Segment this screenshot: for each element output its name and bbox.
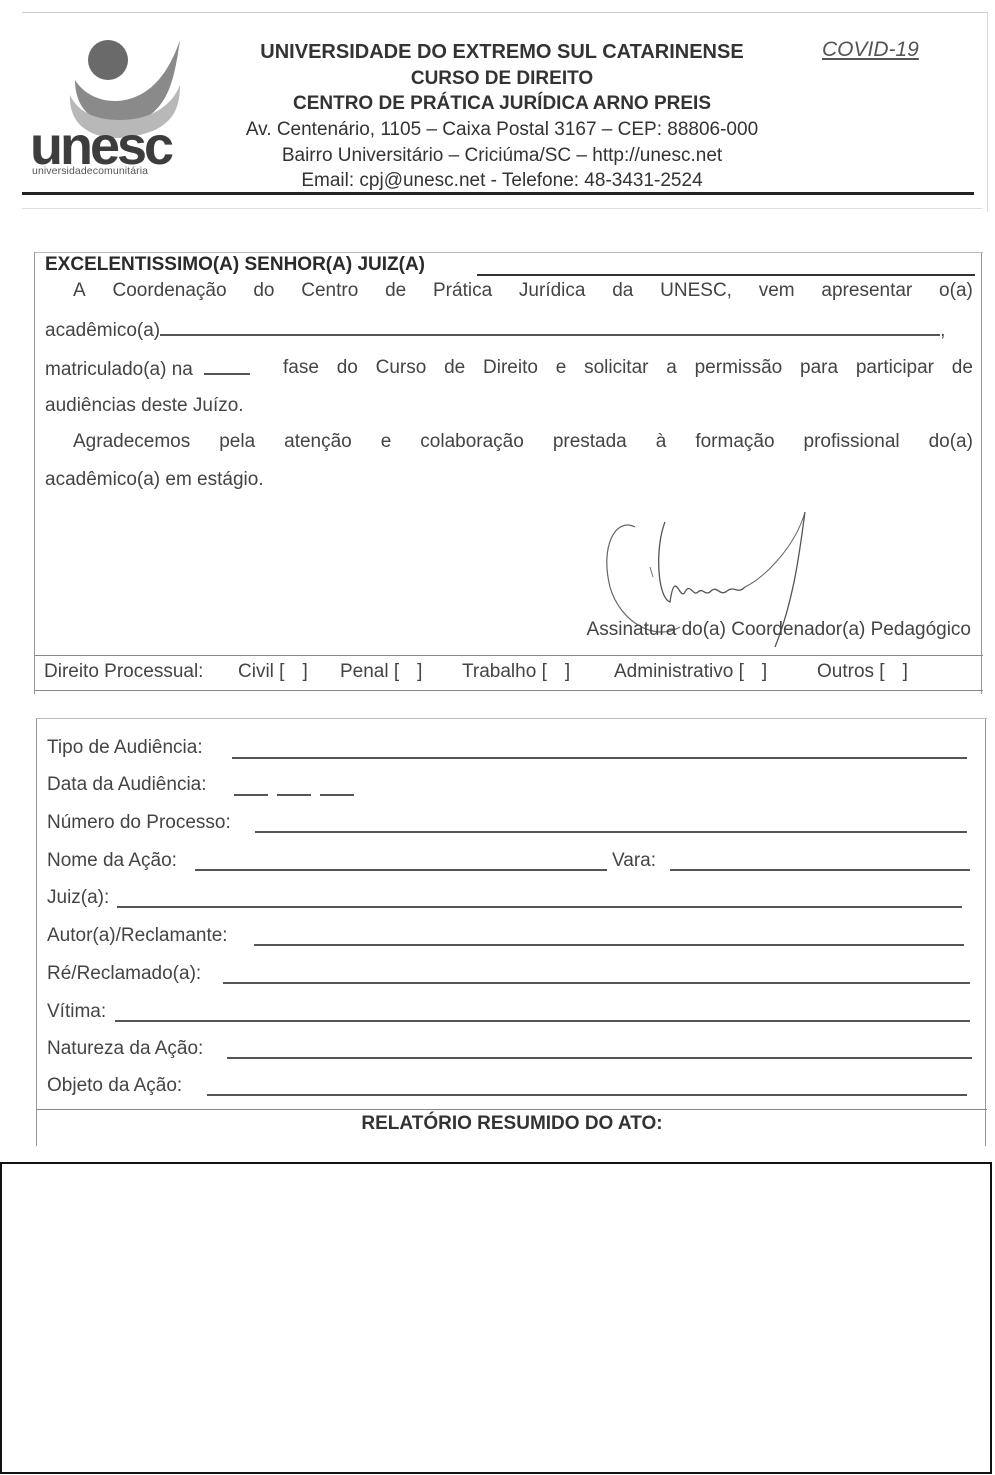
hearing-date-year-field[interactable] — [320, 794, 354, 796]
procedural-law-row: Direito Processual: Civil [] Penal [] Tr… — [35, 655, 983, 691]
comma: , — [940, 320, 945, 341]
header-top-border — [22, 12, 988, 13]
word: apresentar — [821, 280, 912, 302]
word: UNESC, — [660, 280, 732, 302]
word: solicitar — [584, 357, 648, 381]
defendant-label: Ré/Reclamado(a): — [47, 963, 201, 985]
word: vem — [759, 280, 795, 302]
report-textarea[interactable] — [0, 1162, 992, 1474]
header-divider-faint — [22, 208, 982, 209]
hearing-details: Tipo de Audiência: Data da Audiência: Nú… — [36, 718, 986, 1146]
student-name-field[interactable] — [160, 318, 940, 336]
word: A — [73, 280, 86, 302]
action-nature-label: Natureza da Ação: — [47, 1038, 203, 1060]
word: o(a) — [939, 280, 973, 302]
court-field[interactable] — [670, 869, 970, 871]
process-number-label: Número do Processo: — [47, 812, 231, 834]
judge-field[interactable] — [117, 906, 962, 908]
word: fase — [283, 357, 319, 381]
hearing-type-label: Tipo de Audiência: — [47, 737, 203, 759]
word: permissão — [695, 357, 783, 381]
word: Coordenação — [112, 280, 226, 302]
checkbox-civil[interactable]: Civil [] — [238, 661, 308, 683]
section-divider — [37, 1109, 987, 1110]
word: Centro — [301, 280, 358, 302]
word: formação — [695, 431, 774, 453]
word: pela — [219, 431, 255, 453]
letter-line-2: acadêmico(a), — [45, 318, 973, 342]
header-divider — [22, 192, 974, 195]
word: e — [556, 357, 567, 381]
victim-field[interactable] — [115, 1020, 970, 1022]
checkbox-trabalho[interactable]: Trabalho [] — [462, 661, 570, 683]
word: do — [337, 357, 358, 381]
action-name-label: Nome da Ação: — [47, 850, 177, 872]
word: Curso — [376, 357, 427, 381]
checkbox-administrativo[interactable]: Administrativo [] — [614, 661, 767, 683]
presentation-letter: EXCELENTISSIMO(A) SENHOR(A) JUIZ(A) ACoo… — [34, 252, 982, 694]
victim-label: Vítima: — [47, 1001, 106, 1023]
word: a — [666, 357, 677, 381]
word: de — [444, 357, 465, 381]
salutation: EXCELENTISSIMO(A) SENHOR(A) JUIZ(A) — [45, 254, 425, 276]
logo-subtitle: universidadecomunitária — [32, 165, 148, 177]
word: prestada — [553, 431, 627, 453]
center-name: CENTRO DE PRÁTICA JURÍDICA ARNO PREIS — [202, 93, 802, 115]
hearing-date-month-field[interactable] — [277, 794, 311, 796]
university-name: UNIVERSIDADE DO EXTREMO SUL CATARINENSE — [202, 41, 802, 64]
hearing-type-field[interactable] — [232, 757, 967, 759]
hearing-date-day-field[interactable] — [234, 794, 268, 796]
contact-info: Email: cpj@unesc.net - Telefone: 48-3431… — [202, 170, 802, 192]
letterhead: unesc universidadecomunitária UNIVERSIDA… — [22, 12, 988, 212]
address: Av. Centenário, 1105 – Caixa Postal 3167… — [202, 119, 802, 141]
word: de — [952, 357, 973, 381]
letter-line-3: matriculado(a) na fasedoCursodeDireitoes… — [45, 357, 973, 381]
word: atenção — [284, 431, 352, 453]
word: Agradecemos — [73, 431, 190, 453]
judge-label: Juiz(a): — [47, 887, 109, 909]
word: da — [612, 280, 633, 302]
word: Direito — [483, 357, 538, 381]
word: profissional — [804, 431, 900, 453]
letter-line-5: Agradecemospelaatençãoecolaboraçãopresta… — [45, 431, 973, 453]
checkbox-penal[interactable]: Penal [] — [340, 661, 422, 683]
word: para — [800, 357, 838, 381]
salutation-underline — [477, 274, 975, 276]
word: de — [385, 280, 406, 302]
checkbox-outros[interactable]: Outros [] — [817, 661, 908, 683]
phase-field[interactable] — [204, 357, 250, 375]
signature-caption: Assinatura do(a) Coordenador(a) Pedagógi… — [587, 619, 971, 641]
course-name: CURSO DE DIREITO — [202, 68, 802, 90]
enrolled-label: matriculado(a) na — [45, 359, 193, 380]
word: Prática — [433, 280, 492, 302]
hearing-date-label: Data da Audiência: — [47, 774, 207, 796]
word: participar — [856, 357, 934, 381]
word: à — [656, 431, 667, 453]
letter-line-4: audiências deste Juízo. — [45, 395, 973, 417]
section-top-border — [37, 718, 987, 719]
action-name-field[interactable] — [195, 869, 607, 871]
plaintiff-field[interactable] — [254, 944, 964, 946]
court-label: Vara: — [612, 850, 656, 872]
action-nature-field[interactable] — [227, 1057, 972, 1059]
covid-badge: COVID-19 — [822, 38, 919, 62]
letter-line-6: acadêmico(a) em estágio. — [45, 469, 973, 491]
word: do — [253, 280, 274, 302]
procedural-law-label: Direito Processual: — [44, 661, 203, 683]
letter-line-1: ACoordenaçãodoCentrodePráticaJurídicadaU… — [45, 280, 973, 302]
word: e — [381, 431, 392, 453]
letter-line-3-rest: fasedoCursodeDireitoesolicitarapermissão… — [283, 357, 973, 381]
defendant-field[interactable] — [223, 982, 970, 984]
word: colaboração — [420, 431, 524, 453]
student-label: acadêmico(a) — [45, 320, 160, 341]
action-object-field[interactable] — [207, 1094, 967, 1096]
neighborhood: Bairro Universitário – Criciúma/SC – htt… — [202, 145, 802, 167]
plaintiff-label: Autor(a)/Reclamante: — [47, 925, 228, 947]
section-top-border — [35, 252, 983, 253]
action-object-label: Objeto da Ação: — [47, 1075, 182, 1097]
report-title: RELATÓRIO RESUMIDO DO ATO: — [37, 1113, 987, 1135]
word: Jurídica — [519, 280, 586, 302]
word: do(a) — [929, 431, 973, 453]
process-number-field[interactable] — [255, 831, 967, 833]
